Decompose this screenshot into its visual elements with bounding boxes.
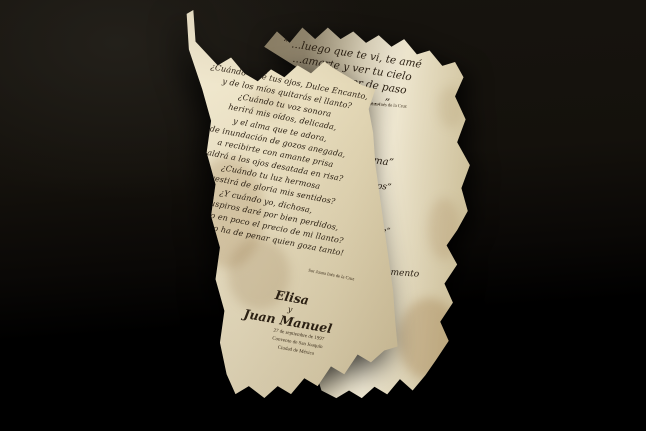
poem-text: ¿Cuándo veré tus ojos, Dulce Encanto, y … (174, 60, 375, 260)
card-left-panel-wrap: ¿Cuándo veré tus ojos, Dulce Encanto, y … (0, 0, 646, 431)
photo-stage: “ ...luego que te vi, te amé ...amarte y… (0, 0, 646, 431)
card-left-panel: ¿Cuándo veré tus ojos, Dulce Encanto, y … (180, 6, 402, 402)
